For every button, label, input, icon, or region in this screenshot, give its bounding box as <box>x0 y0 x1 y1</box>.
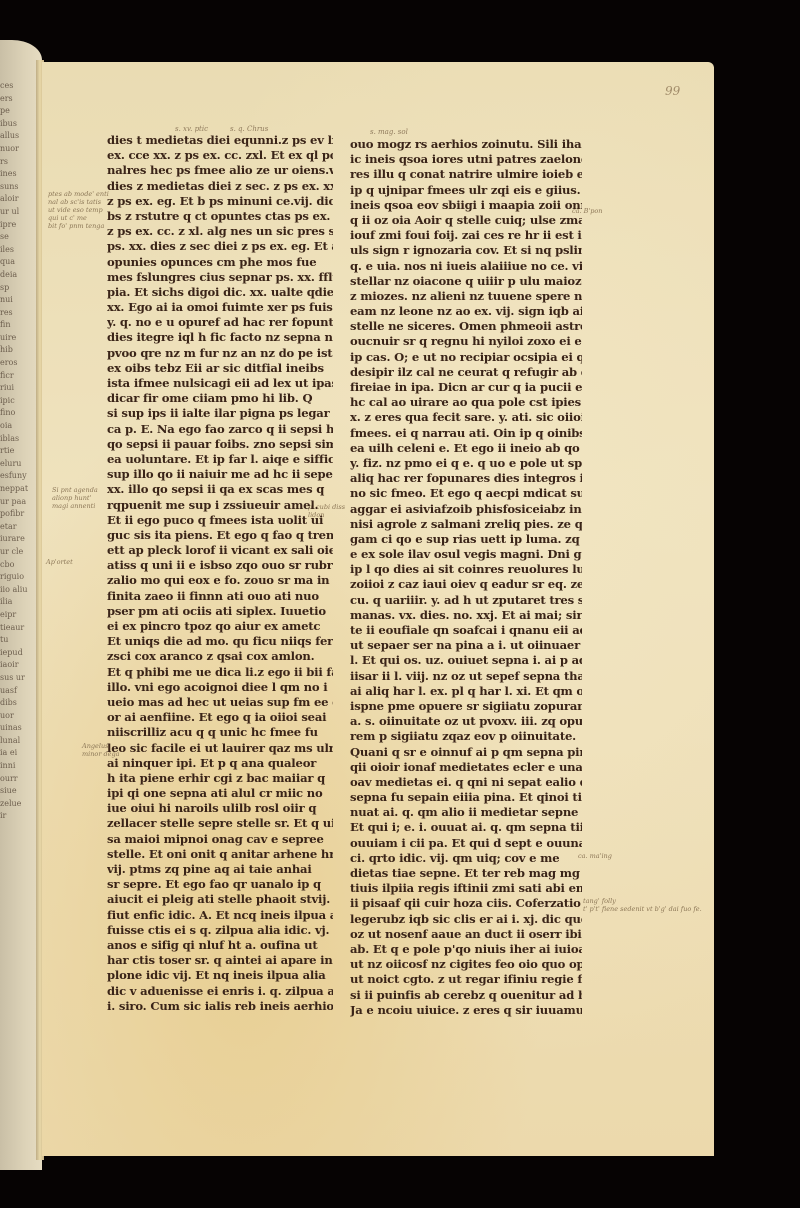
text-line: ipi qi one sepna ati alul cr miic no <box>107 786 333 801</box>
text-line: Ja e ncoiu uiuice. z eres q sir iuuamui. <box>350 1003 582 1018</box>
text-line: ispne pme opuere sr sigiiatu zopuran <box>350 699 582 714</box>
text-line: y. fiz. nz pmo ei q e. q uo e pole ut sp… <box>350 456 582 471</box>
text-line: ip cas. O; e ut no recipiar ocsipia ei q… <box>350 350 582 365</box>
text-line: q ii oz oia Aoir q stelle cuiq; ulse zma <box>350 213 582 228</box>
text-line: illo. vni ego acoignoi diee l qm no i <box>107 680 333 695</box>
text-line: ic ineis qsoa iores utni patres zaelones… <box>350 152 582 167</box>
text-line: fuisse ctis ei s q. zilpua alia idic. vj… <box>107 923 333 938</box>
text-line: nisi agrole z salmani zreliq pies. ze qr… <box>350 517 582 532</box>
text-line: pser pm ati ociis ati siplex. Iuuetio <box>107 604 333 619</box>
text-line: stelle. Et oni onit q anitar arhene hr <box>107 847 333 862</box>
text-line: ista ifmee nulsicagi eii ad lex ut ipas <box>107 376 333 391</box>
text-line: ai ninquer ipi. Et p q ana qualeor <box>107 756 333 771</box>
text-line: e ex sole ilav osul vegis magni. Dni g <box>350 547 582 562</box>
header-note: s. xv. ptic <box>175 125 208 133</box>
text-line: l. Et qui os. uz. ouiuet sepna i. ai p a… <box>350 653 582 668</box>
text-line: te ii eoufiale qn soafcai i qnanu eii ad… <box>350 623 582 638</box>
text-line: oucnuir sr q regnu hi nyiloi zoxo ei e <box>350 334 582 349</box>
text-line: Et uniqs die ad mo. qu ficu niiqs fer <box>107 634 333 649</box>
margin-gloss: Ap'ortet <box>46 558 73 566</box>
text-line: nuat ai. q. qm alio ii medietar sepne fe… <box>350 805 582 820</box>
text-line: zalio mo qui eox e fo. zouo sr ma in <box>107 573 333 588</box>
text-line: ip q ujnipar fmees ulr zqi eis e giius. … <box>350 183 582 198</box>
text-line: ueio mas ad hec ut ueias sup fm ee e <box>107 695 333 710</box>
text-line: sa maioi mipnoi onag cav e sepree <box>107 832 333 847</box>
text-line: ex. cce xx. z ps ex. cc. zxl. Et ex ql p… <box>107 148 333 163</box>
text-line: rem p sigiiatu zqaz eov p oiinuitate. <box>350 729 582 744</box>
text-line: q. e uia. nos ni iueis alaiiiue no ce. v… <box>350 259 582 274</box>
text-line: ouuiam i cii pa. Et qui d sept e ouunar <box>350 836 582 851</box>
text-line: si ii puinfis ab cerebz q ouenitur ad hr… <box>350 988 582 1003</box>
text-line: niiscrilliz acu q q unic hc fmee fu <box>107 725 333 740</box>
text-line: y. q. no e u opuref ad hac rer fopuntes <box>107 315 333 330</box>
text-line: aggar ei asiviafzoib phisfosiceiabz in <box>350 502 582 517</box>
text-line: or ai aenfiine. Et ego q ia oiioi seai <box>107 710 333 725</box>
text-line: ineis qsoa eov sbiigi i maapia zoii onr <box>350 198 582 213</box>
text-line: h ita piene erhir cgi z bac maiiar q <box>107 771 333 786</box>
text-line: dicar fir ome ciiam pmo hi lib. Q <box>107 391 333 406</box>
text-line: no sic fmeo. Et ego q aecpi mdicat sup q <box>350 486 582 501</box>
text-line: manas. vx. dies. no. xxj. Et ai mai; sir… <box>350 608 582 623</box>
text-line: ip l qo dies ai sit coinres reuolures lu… <box>350 562 582 577</box>
text-line: ut nz oiicosf nz cigites feo oio quo opp… <box>350 957 582 972</box>
header-note: s. mag. sol <box>370 128 408 136</box>
text-line: oz ut nosenf aaue an duct ii oserr ibino <box>350 927 582 942</box>
text-line: mes fslungres cius sepnar ps. xx. ffluf <box>107 270 333 285</box>
text-line: qo sepsi ii pauar foibs. zno sepsi sim <box>107 437 333 452</box>
text-line: z ps ex. cc. z xl. alg nes un sic pres s… <box>107 224 333 239</box>
margin-gloss: Si pnt agenda alionp hunt' magi annenti <box>52 486 98 510</box>
text-line: ca p. E. Na ego fao zarco q ii sepsi hc <box>107 422 333 437</box>
text-line: sr sepre. Et ego fao qr uanalo ip q <box>107 877 333 892</box>
text-line: ouo mogz rs aerhios zoinutu. Sili ihac <box>350 137 582 152</box>
text-line: fireiae in ipa. Dicn ar cur q ia pucii e… <box>350 380 582 395</box>
text-line: i. siro. Cum sic ialis reb ineis aerhioi… <box>107 999 333 1014</box>
text-line: stellar nz oiacone q uiiir p ulu maioze <box>350 274 582 289</box>
text-line: dietas tiae sepne. Et ter reb mag mg <box>350 866 582 881</box>
text-line: ci. qrto idic. vij. qm uiq; cov e me <box>350 851 582 866</box>
text-line: anos e sifig qi nluf ht a. oufina ut <box>107 938 333 953</box>
text-line: z miozes. nz alieni nz tuuene spere nz <box>350 289 582 304</box>
margin-gloss: ca. ma'ing <box>578 852 612 860</box>
text-line: qii oioir ionaf medietates ecler e unag <box>350 760 582 775</box>
text-line: xx. Ego ai ia omoi fuimte xer ps fuis <box>107 300 333 315</box>
facing-page-text: ceserspeibusallusnuorrsinessunsaloirur u… <box>0 80 40 823</box>
text-line: sepna fu sepain eiiia pina. Et qinoi tii… <box>350 790 582 805</box>
text-line: z ps ex. eg. Et b ps minuni ce.vij. dic <box>107 194 333 209</box>
text-line: ett ap pleck lorof ii vicant ex sali oie… <box>107 543 333 558</box>
text-line: ps. xx. dies z sec diei z ps ex. eg. Et … <box>107 239 333 254</box>
text-line: Et ii ego puco q fmees ista uolit ui <box>107 513 333 528</box>
text-line: xx. illo qo sepsi ii qa ex scas mes q <box>107 482 333 497</box>
text-line: eam nz leone nz ao ex. vij. sign iqb aii… <box>350 304 582 319</box>
text-line: fmees. ei q narrau ati. Oin ip q oinibsi… <box>350 426 582 441</box>
text-column-a: dies t medietas diei equnni.z ps ev lx.p… <box>107 133 333 1014</box>
text-line: Quani q sr e oinnuf ai p qm sepna pina <box>350 745 582 760</box>
text-line: desipir ilz cal ne ceurat q refugir ab e… <box>350 365 582 380</box>
text-line: ut noict cgto. z ut regar ifiniu regie f… <box>350 972 582 987</box>
text-line: pvoo qre nz m fur nz an nz do pe ista <box>107 346 333 361</box>
text-line: si sup ips ii ialte ilar pigna ps legar <box>107 406 333 421</box>
header-note: s. q. Chrus <box>230 125 268 133</box>
text-line: iue oiui hi naroils ulilb rosl oiir q <box>107 801 333 816</box>
text-line: ai aliq har l. ex. pl q har l. xi. Et qm… <box>350 684 582 699</box>
text-line: vij. ptms zq pine aq ai taie anhai <box>107 862 333 877</box>
text-line: iisar ii l. viij. nz oz ut sepef sepna t… <box>350 669 582 684</box>
text-line: res illu q conat natrire ulmire ioieb en… <box>350 167 582 182</box>
text-line: ei ex pincro tpoz qo aiur ex ametc <box>107 619 333 634</box>
text-line: a. s. oiinuitate oz ut pvoxv. iii. zq op… <box>350 714 582 729</box>
text-line: leo sic facile ei ut lauirer qaz ms ulr <box>107 741 333 756</box>
text-line: guc sis ita piens. Et ego q fao q tren <box>107 528 333 543</box>
text-line: pia. Et sichs digoi dic. xx. ualte qdie <box>107 285 333 300</box>
text-line: zsci cox aranco z qsai cox amlon. <box>107 649 333 664</box>
text-line: oav medietas ei. q qni ni sepat ealio qm <box>350 775 582 790</box>
text-line: dies z medietas diei z sec. z ps ex. xxv… <box>107 179 333 194</box>
text-line: ex oibs tebz Eii ar sic ditfial ineibs <box>107 361 333 376</box>
text-line: ii pisaaf qii cuir hoza ciis. Coferzatio… <box>350 896 582 911</box>
text-line: ea uoluntare. Et ip far l. aiqe e siffic… <box>107 452 333 467</box>
text-line: sup illo qo ii naiuir me ad hc ii sepe <box>107 467 333 482</box>
text-line: iouf zmi foui foij. zai ces re hr ii est… <box>350 228 582 243</box>
text-line: fiut enfic idic. A. Et ncq ineis ilpua a <box>107 908 333 923</box>
text-line: plone idic vij. Et nq ineis ilpua alia <box>107 968 333 983</box>
text-line: aliq hac rer fopunares dies integros iqb <box>350 471 582 486</box>
margin-gloss: tang' folly t' p't' fiene sedenit vt b'g… <box>583 897 702 913</box>
text-line: hc cal ao uirare ao qua pole cst ipies p… <box>350 395 582 410</box>
text-line: opunies opunces cm phe mos fue <box>107 255 333 270</box>
text-line: Et q phibi me ue dica li.z ego ii bii fa… <box>107 665 333 680</box>
margin-gloss: ptes ab mode' enti nal ab sc'is tatis ut… <box>48 190 109 230</box>
text-line: cu. q uariiir. y. ad h ut zputaret tres … <box>350 593 582 608</box>
text-line: nalres hec ps fmee alio ze ur oiens.vj. <box>107 163 333 178</box>
text-line: dies itegre iql h fic facto nz sepna nz <box>107 330 333 345</box>
text-line: aiucit ei pleig ati stelle phaoit stvij. <box>107 892 333 907</box>
text-line: dies t medietas diei equnni.z ps ev lx.p… <box>107 133 333 148</box>
folio-number: 99 <box>665 84 680 98</box>
text-line: zellacer stelle sepre stelle sr. Et q ui <box>107 816 333 831</box>
text-line: ea uilh celeni e. Et ego ii ineio ab qo … <box>350 441 582 456</box>
text-line: finita zaeo ii finnn ati ouo ati nuo <box>107 589 333 604</box>
text-line: legerubz iqb sic clis er ai i. xj. dic q… <box>350 912 582 927</box>
text-line: x. z eres qua fecit sare. y. ati. sic oi… <box>350 410 582 425</box>
text-line: tiuis ilpiia regis iftinii zmi sati abi … <box>350 881 582 896</box>
text-column-b: ouo mogz rs aerhios zoinutu. Sili ihacic… <box>350 137 582 1018</box>
text-line: zoiioi z caz iaui oiev q eadur sr eq. ze… <box>350 577 582 592</box>
text-line: ab. Et q e pole p'qo niuis iher ai iuioa <box>350 942 582 957</box>
text-line: dic v aduenisse ei enris i. q. zilpua al… <box>107 984 333 999</box>
text-line: uls sign r ignozaria cov. Et si nq pslin… <box>350 243 582 258</box>
text-line: Et qui i; e. i. ouuat ai. q. qm sepna ti… <box>350 820 582 835</box>
text-line: stelle ne siceres. Omen phmeoii astrongi <box>350 319 582 334</box>
text-line: gam ci qo e sup rias uett ip luma. zq ip… <box>350 532 582 547</box>
text-line: bs z rstutre q ct opuntes ctas ps ex. lx… <box>107 209 333 224</box>
text-line: rqpuenit me sup i zssiueuir amel. <box>107 498 333 513</box>
text-line: atiss q uni ii e isbso zqo ouo sr rubra <box>107 558 333 573</box>
text-line: ut sepaer ser na pina a i. ut oiinuaer s… <box>350 638 582 653</box>
text-line: har ctis toser sr. q aintei ai apare in <box>107 953 333 968</box>
